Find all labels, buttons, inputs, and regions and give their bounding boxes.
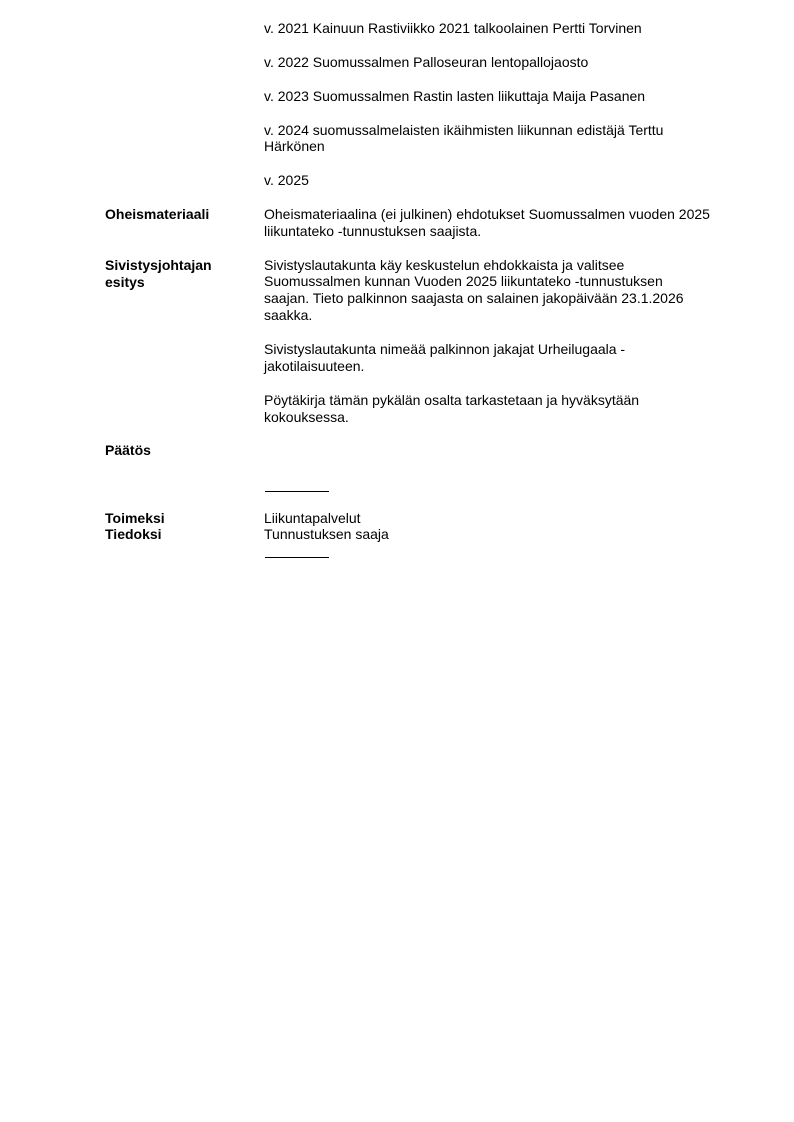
proposal-label-line-2: esitys <box>105 274 145 290</box>
proposal-p2-line-1: Sivistyslautakunta nimeää palkinnon jaka… <box>264 341 625 357</box>
separator-line <box>265 557 329 558</box>
attachment-text-line-1: Oheismateriaalina (ei julkinen) ehdotuks… <box>264 206 710 222</box>
history-item-2024-cont: Härkönen <box>264 138 325 154</box>
history-item-2024: v. 2024 suomussalmelaisten ikäihmisten l… <box>264 122 663 138</box>
proposal-p3-line-1: Pöytäkirja tämän pykälän osalta tarkaste… <box>264 392 639 408</box>
info-label: Tiedoksi <box>105 526 162 542</box>
proposal-p2-line-2: jakotilaisuuteen. <box>264 358 364 374</box>
attachment-text-line-2: liikuntateko -tunnustuksen saajista. <box>264 223 481 239</box>
proposal-p1-line-3: saajan. Tieto palkinnon saajasta on sala… <box>264 290 684 306</box>
proposal-p1-line-4: saakka. <box>264 307 312 323</box>
history-item-2025: v. 2025 <box>264 172 309 188</box>
history-item-2022: v. 2022 Suomussalmen Palloseuran lentopa… <box>264 54 588 70</box>
action-value: Liikuntapalvelut <box>264 510 361 526</box>
proposal-label-line-1: Sivistysjohtajan <box>105 257 212 273</box>
decision-label: Päätös <box>105 442 151 458</box>
info-value: Tunnustuksen saaja <box>264 526 389 542</box>
separator-line <box>265 491 329 492</box>
attachment-label: Oheismateriaali <box>105 206 209 222</box>
history-item-2021: v. 2021 Kainuun Rastiviikko 2021 talkool… <box>264 20 642 36</box>
history-item-2023: v. 2023 Suomussalmen Rastin lasten liiku… <box>264 88 645 104</box>
proposal-p1-line-2: Suomussalmen kunnan Vuoden 2025 liikunta… <box>264 273 663 289</box>
proposal-p3-line-2: kokouksessa. <box>264 409 349 425</box>
action-label: Toimeksi <box>105 510 165 526</box>
proposal-p1-line-1: Sivistyslautakunta käy keskustelun ehdok… <box>264 257 624 273</box>
